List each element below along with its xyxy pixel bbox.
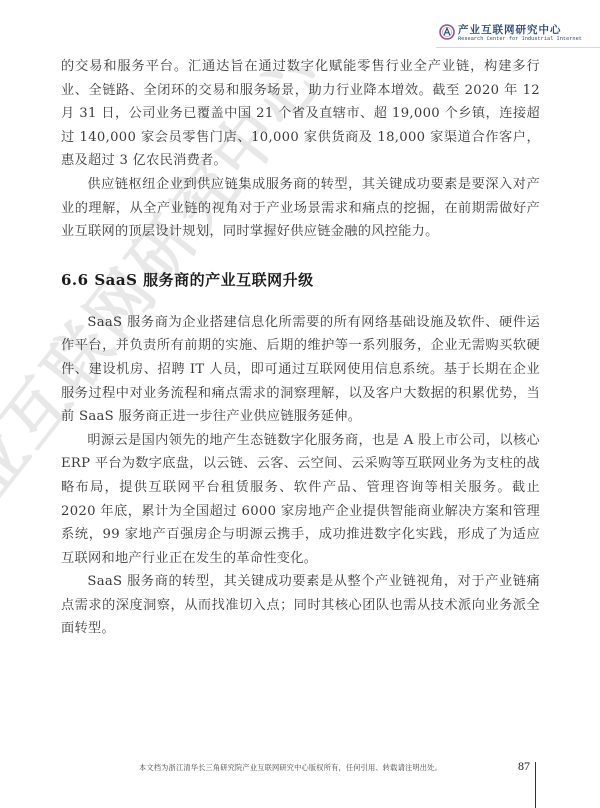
section-heading: 6.6 SaaS 服务商的产业互联网升级 bbox=[61, 269, 540, 290]
page-number: 87 bbox=[518, 759, 530, 774]
paragraph: 明源云是国内领先的地产生态链数字化服务商，也是 A 股上市公司，以核心 ERP … bbox=[61, 429, 540, 571]
logo-title-cn: 产业互联网研究中心 bbox=[458, 22, 562, 37]
logo-title-en: Research Center for Industrial Internet bbox=[458, 36, 582, 42]
paragraph: SaaS 服务商为企业搭建信息化所需要的所有网络基础设施及软件、硬件运作平台，并… bbox=[61, 311, 540, 429]
document-body: 的交易和服务平台。汇通达旨在通过数字化赋能零售行业全产业链，构建多行业、全链路、… bbox=[61, 55, 540, 641]
paragraph: 的交易和服务平台。汇通达旨在通过数字化赋能零售行业全产业链，构建多行业、全链路、… bbox=[61, 55, 540, 173]
header-logo: 产业互联网研究中心 Research Center for Industrial… bbox=[439, 22, 599, 48]
paragraph: 供应链枢纽企业到供应链集成服务商的转型，其关键成功要素是要深入对产业的理解，从全… bbox=[61, 173, 540, 244]
research-center-emblem-icon bbox=[439, 24, 455, 40]
header-divider bbox=[436, 47, 600, 48]
footer-copyright-note: 本文档为浙江清华长三角研究院产业互联网研究中心版权所有，任何引用、转载请注明出处… bbox=[139, 763, 442, 773]
paragraph: SaaS 服务商的转型，其关键成功要素是从整个产业链视角，对于产业链痛点需求的深… bbox=[61, 570, 540, 641]
footer-divider bbox=[535, 762, 536, 808]
